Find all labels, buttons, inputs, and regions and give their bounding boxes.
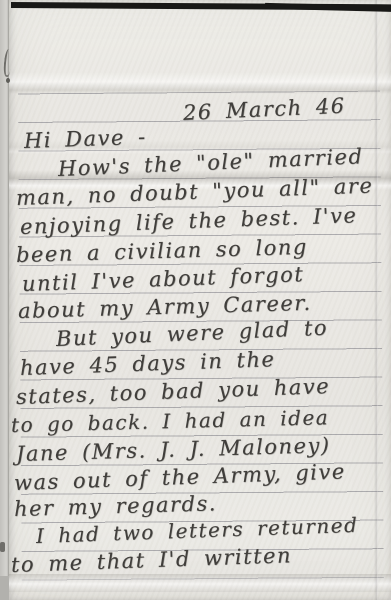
scanned-letter-page: 26 March 46 Hi Dave - How's the "ole" ma…: [0, 0, 391, 600]
paper-edge-tear-dot: [6, 78, 10, 83]
scanner-background-bottom-left: [0, 576, 9, 600]
letter-salutation: Hi Dave -: [24, 125, 147, 153]
paper-edge-mark: [0, 542, 5, 552]
